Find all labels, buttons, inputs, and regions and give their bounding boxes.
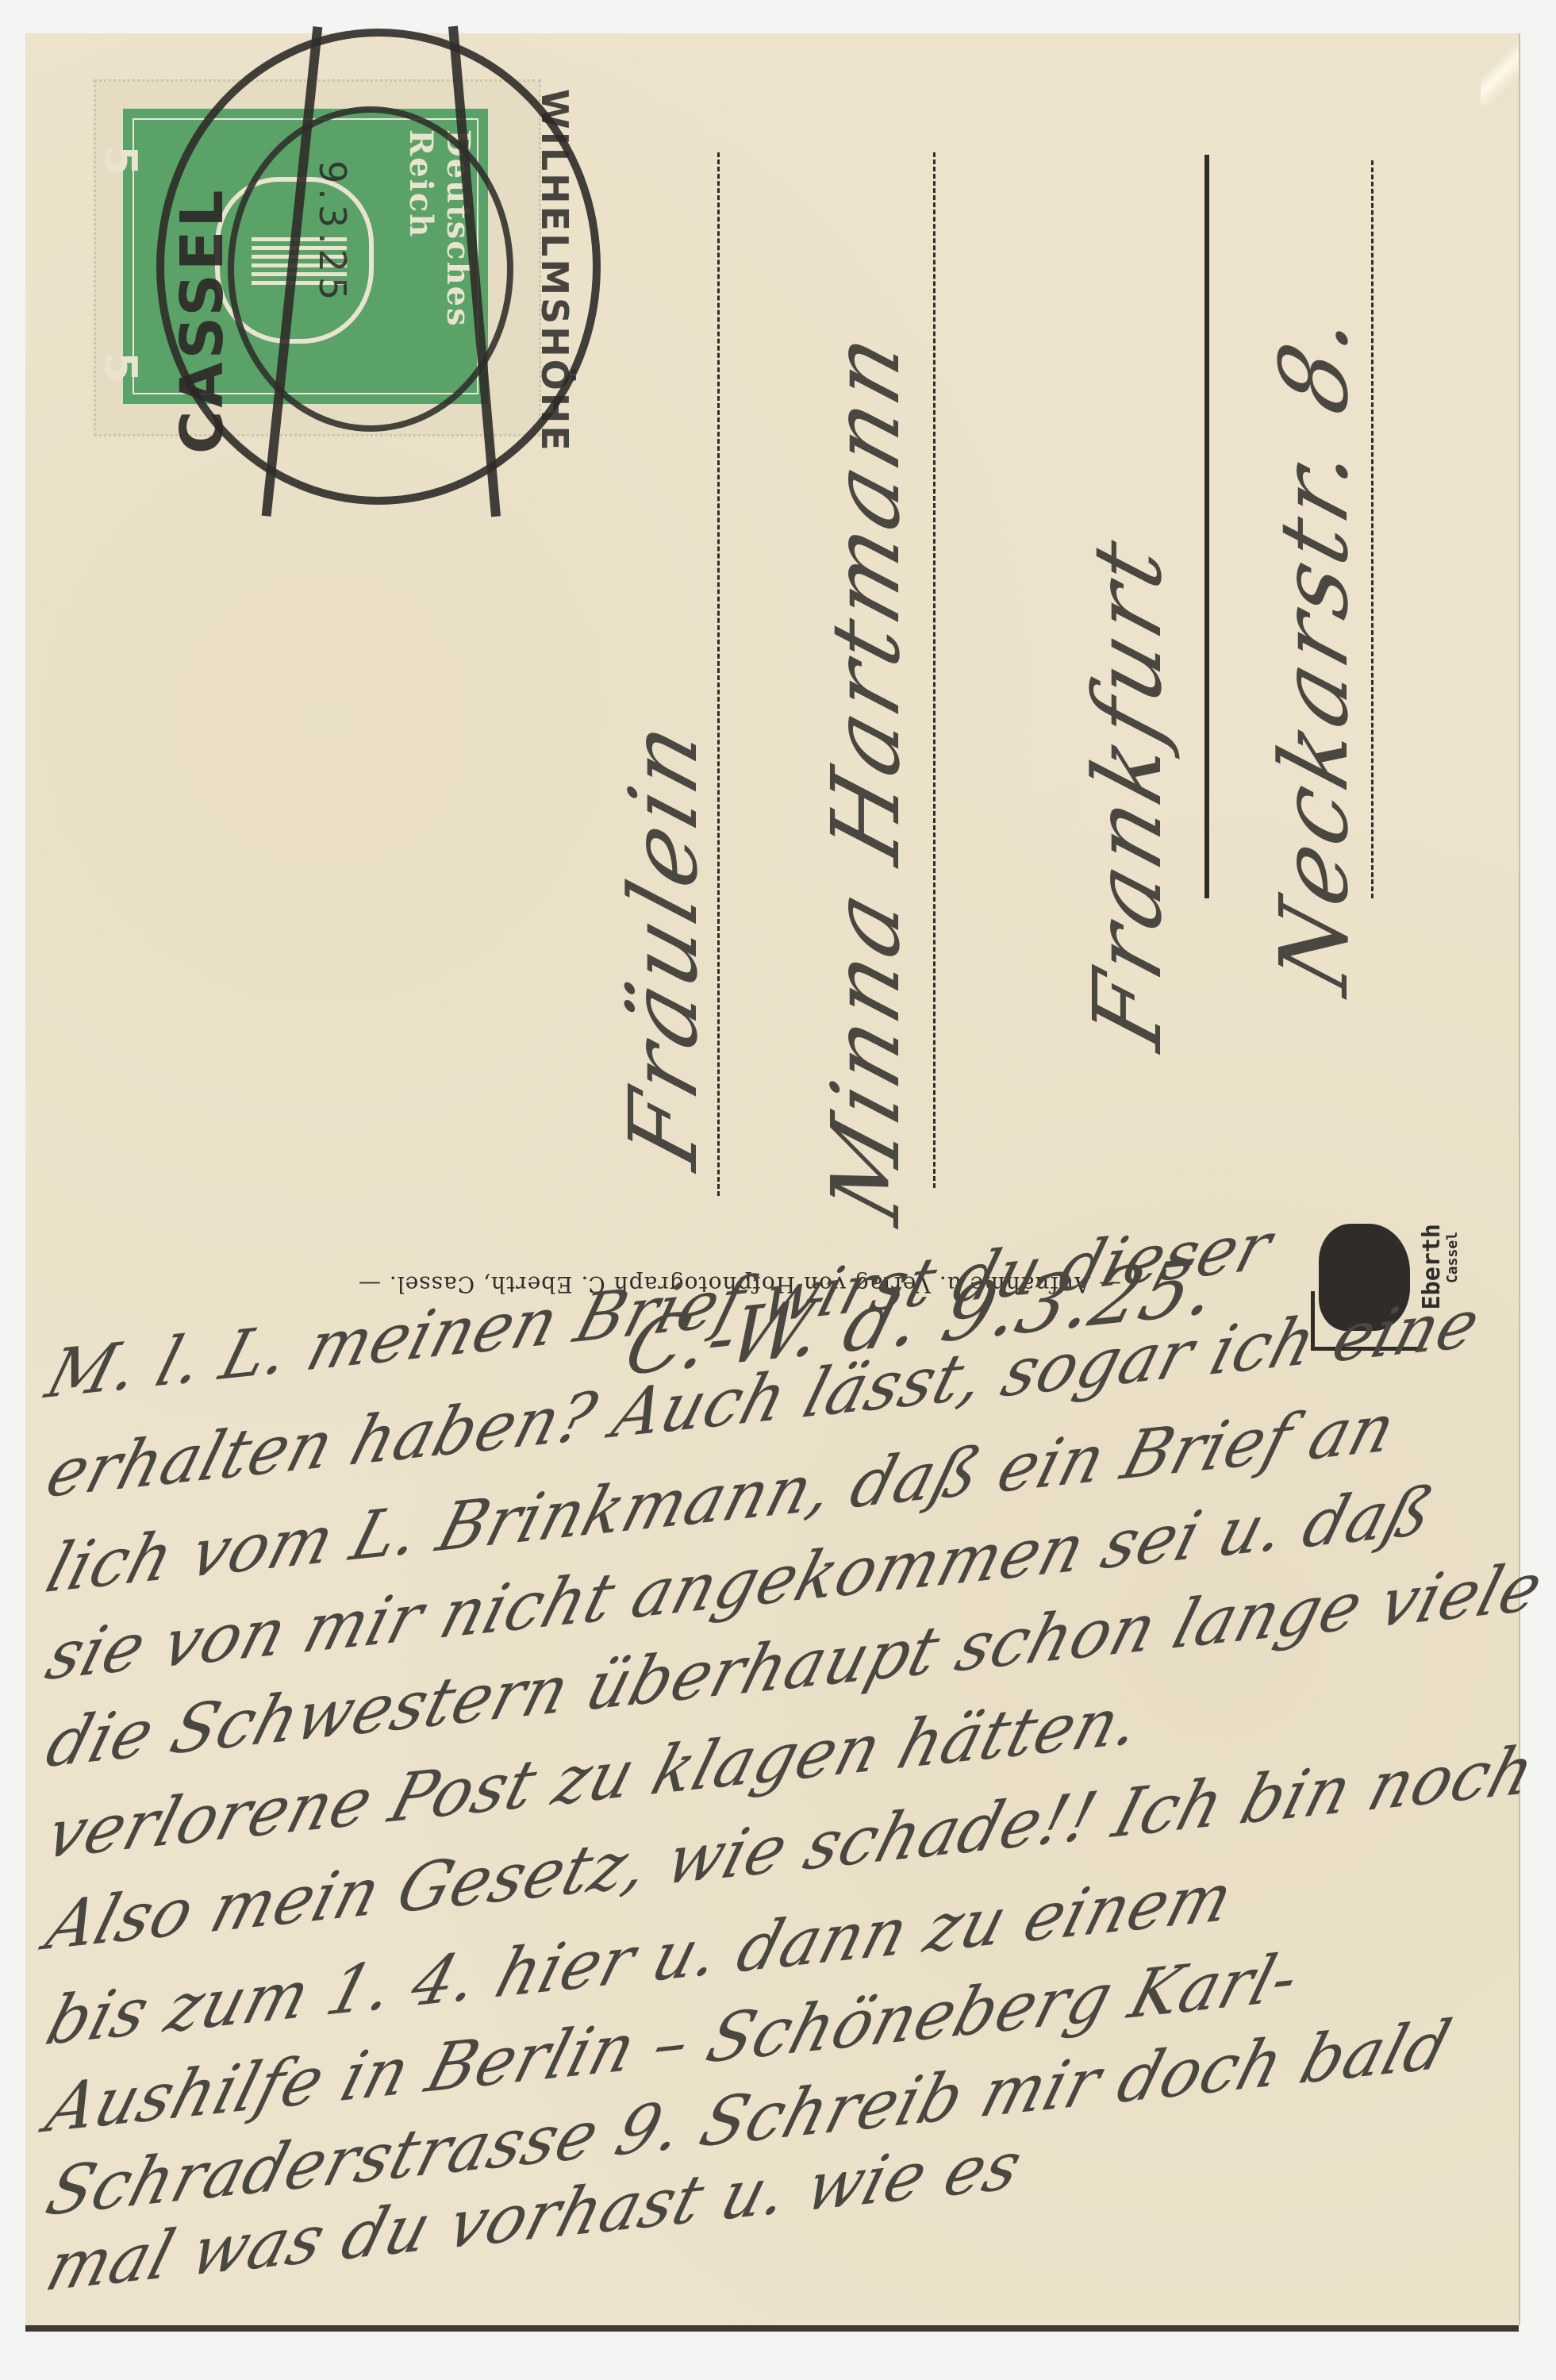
logo-number: 6040	[1327, 1240, 1354, 1306]
address-name: Minna Hartmann	[811, 316, 920, 1236]
postmark-district: WILHELMSHÖHE	[533, 89, 576, 453]
logo-city: Cassel	[1444, 1232, 1461, 1283]
city-underline	[1204, 155, 1209, 898]
address-street: Neckarstr. 8.	[1259, 292, 1369, 1005]
address-city: Frankfurt	[1073, 522, 1182, 1060]
postcard: 5 5 Deutsches Reich CASSEL WILHELMSHÖHE …	[25, 33, 1519, 2325]
stamp-value: 5	[98, 352, 142, 383]
address-line	[1371, 160, 1374, 898]
postmark-city: CASSEL	[168, 186, 236, 454]
address-line	[933, 152, 936, 1188]
postmark-date: 9.3.25	[311, 160, 354, 305]
bent-corner	[1481, 33, 1519, 105]
stamp-value: 5	[98, 145, 142, 176]
address-salutation: Fräulein	[609, 705, 718, 1180]
